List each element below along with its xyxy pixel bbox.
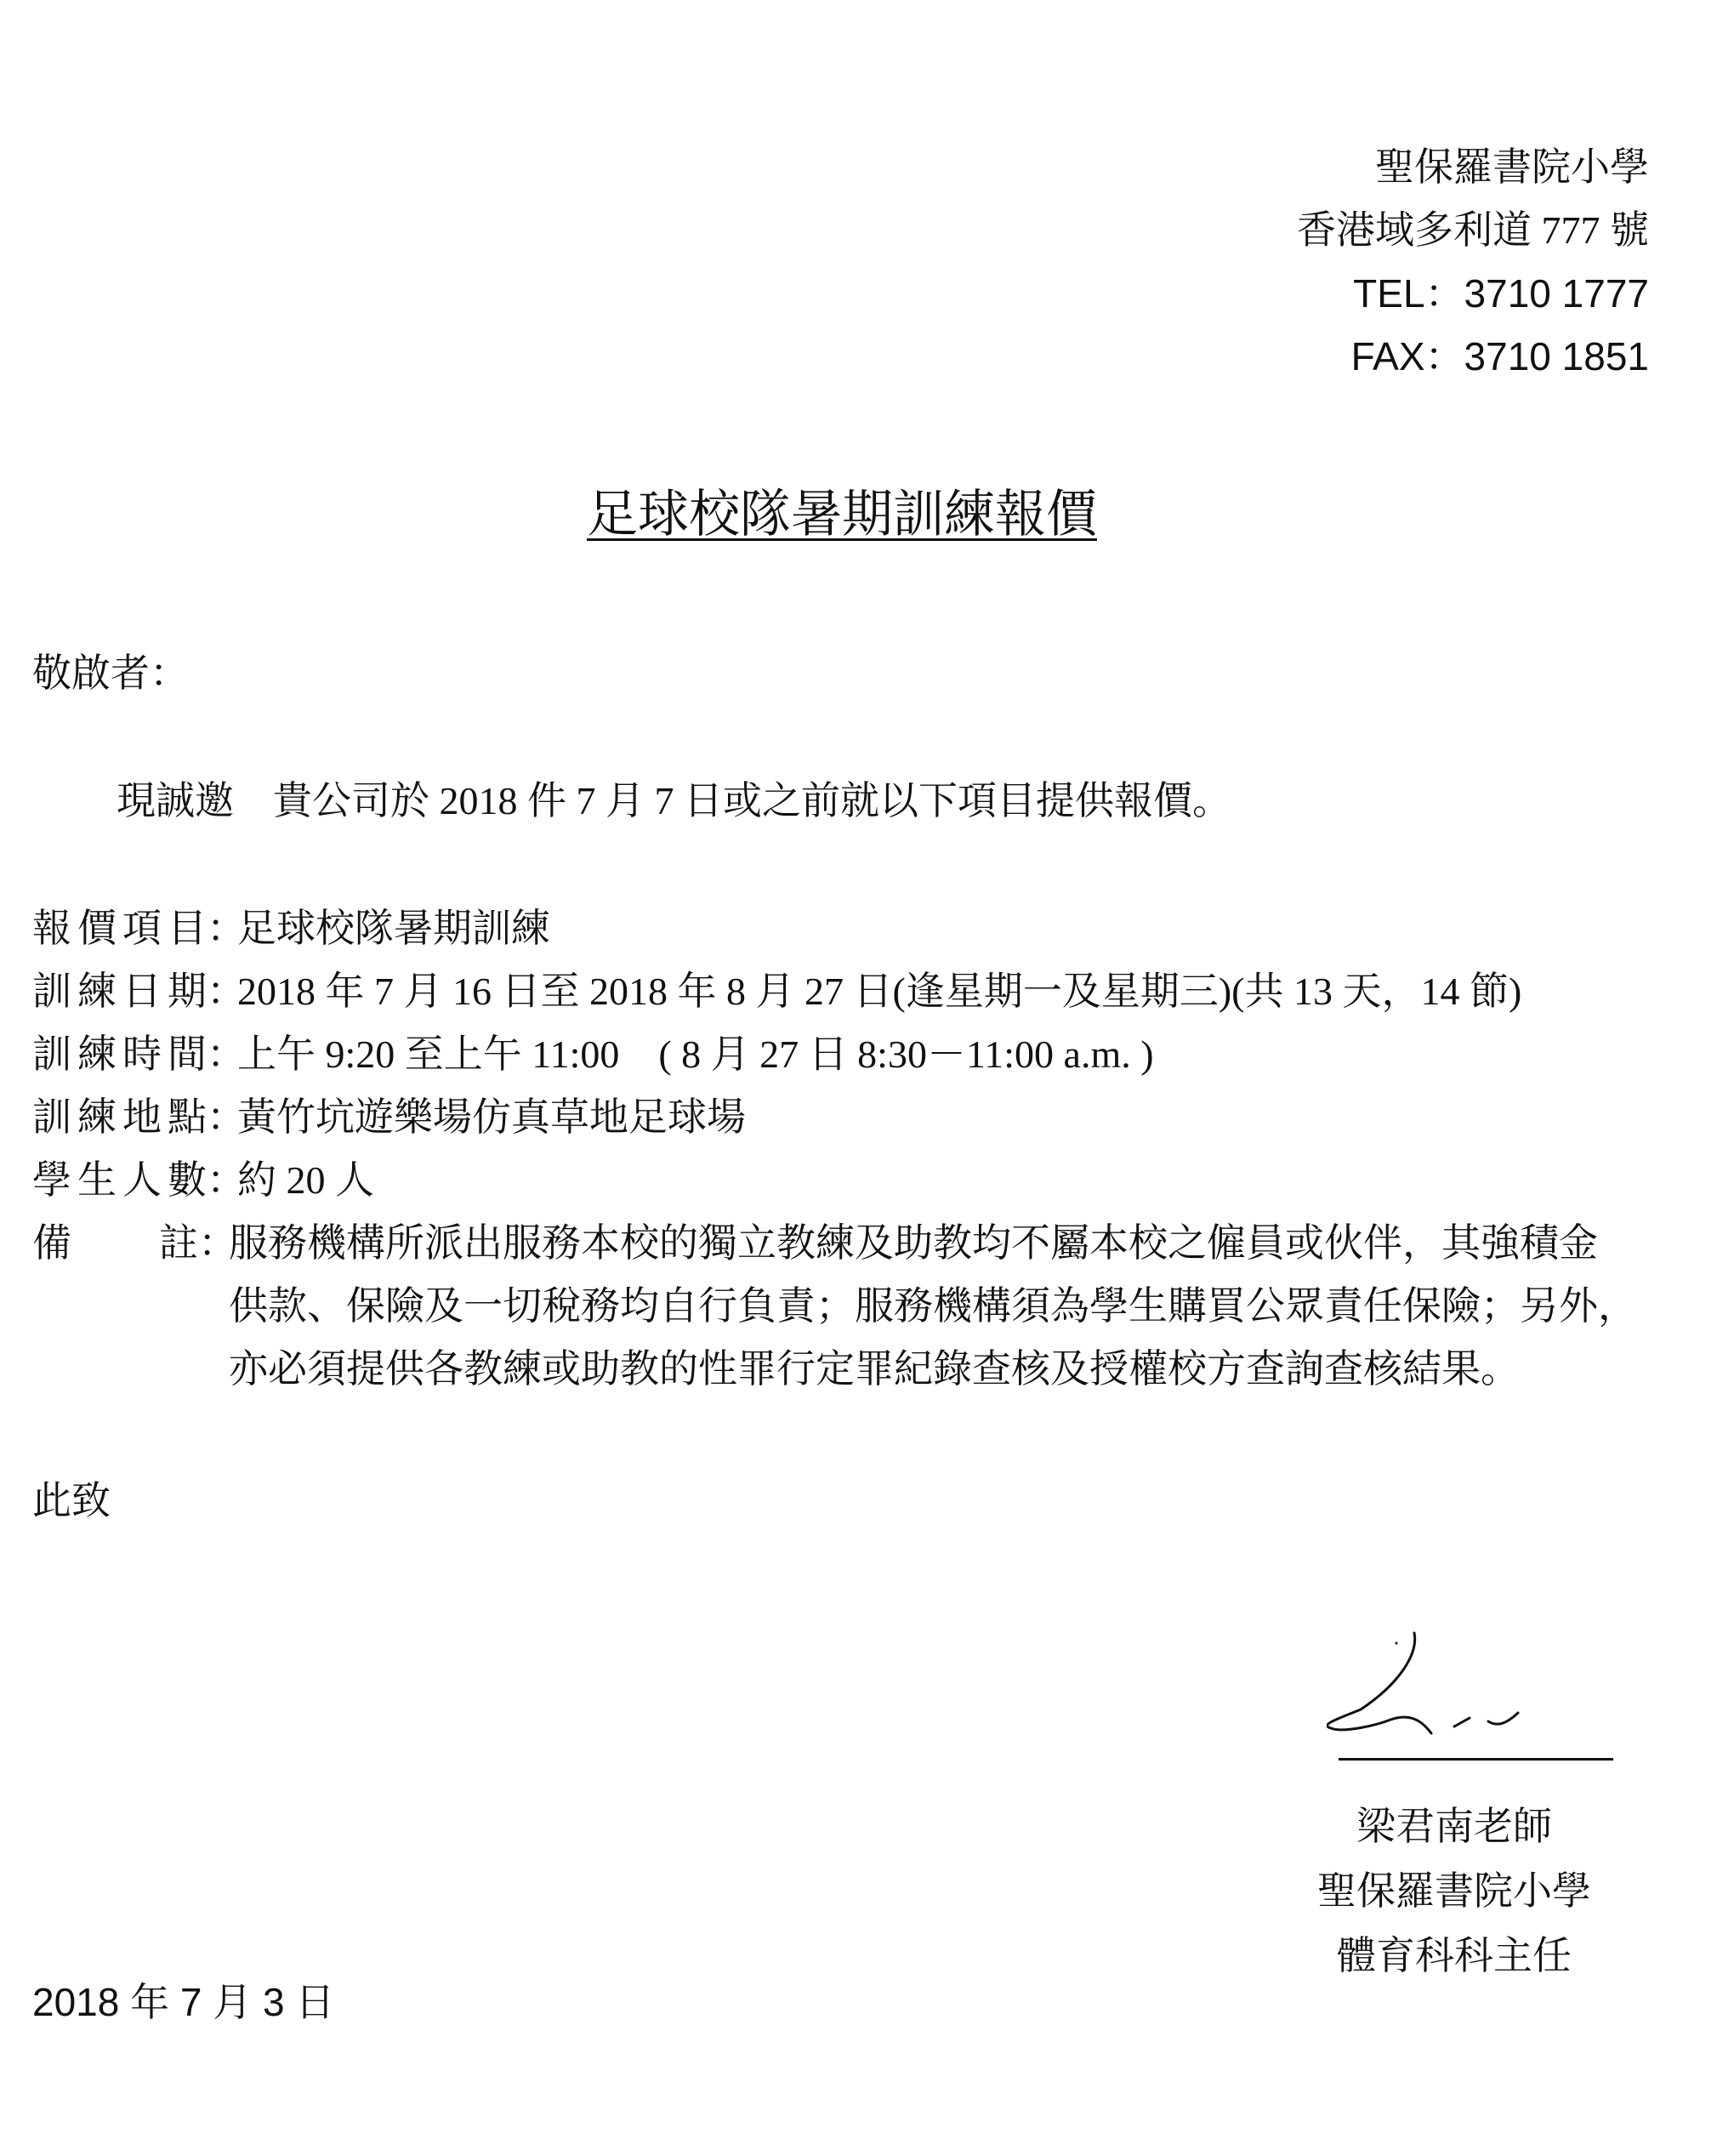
fax-number: 3710 1851 <box>1464 334 1649 378</box>
remarks-text: 服務機構所派出服務本校的獨立教練及助教均不屬本校之僱員或伙伴，其強積金 供款、保… <box>229 1212 1725 1401</box>
detail-value: 上午 9:20 至上午 11:00 ( 8 月 27 日 8:30－11:00 … <box>237 1023 1154 1086</box>
quotation-details: 報價項目 ： 足球校隊暑期訓練 訓練日期 ： 2018 年 7 月 16 日至 … <box>32 897 1725 1401</box>
detail-label: 學生人數 <box>32 1149 207 1212</box>
detail-value: 2018 年 7 月 16 日至 2018 年 8 月 27 日(逢星期一及星期… <box>237 960 1521 1023</box>
signatory-school: 聖保羅書院小學 <box>1276 1859 1633 1924</box>
fax-separator: ： <box>1425 334 1464 378</box>
handwritten-signature <box>1327 1616 1599 1744</box>
detail-label: 報價項目 <box>32 897 207 960</box>
detail-row-date: 訓練日期 ： 2018 年 7 月 16 日至 2018 年 8 月 27 日(… <box>32 960 1725 1023</box>
detail-row-remarks: 備註 ： 服務機構所派出服務本校的獨立教練及助教均不屬本校之僱員或伙伴，其強積金… <box>32 1212 1725 1401</box>
detail-row-item: 報價項目 ： 足球校隊暑期訓練 <box>32 897 1725 960</box>
closing: 此致 <box>32 1470 111 1526</box>
remarks-label: 備註 <box>32 1212 198 1401</box>
school-name: 聖保羅書院小學 <box>1297 136 1649 199</box>
salutation: 敬啟者： <box>32 642 189 698</box>
remarks-line: 亦必須提供各教練或助教的性罪行定罪紀錄查核及授權校方查詢查核結果。 <box>229 1338 1725 1401</box>
remarks-line: 服務機構所派出服務本校的獨立教練及助教均不屬本校之僱員或伙伴，其強積金 <box>229 1212 1725 1275</box>
detail-value: 約 20 人 <box>237 1149 374 1212</box>
detail-value: 足球校隊暑期訓練 <box>237 897 550 960</box>
signatory-block: 梁君南老師 聖保羅書院小學 體育科科主任 <box>1276 1795 1633 1988</box>
detail-colon: ： <box>207 1086 237 1149</box>
signature-line <box>1339 1758 1613 1761</box>
detail-colon: ： <box>207 960 237 1023</box>
fax: FAX：3710 1851 <box>1297 325 1649 388</box>
detail-row-venue: 訓練地點 ： 黃竹坑遊樂場仿真草地足球場 <box>32 1086 1725 1149</box>
detail-label: 訓練地點 <box>32 1086 207 1149</box>
remarks-line: 供款、保險及一切稅務均自行負責；服務機構須為學生購買公眾責任保險；另外， <box>229 1275 1725 1338</box>
detail-colon: ： <box>207 897 237 960</box>
detail-colon: ： <box>207 1023 237 1086</box>
signatory-position: 體育科科主任 <box>1276 1924 1633 1988</box>
detail-label: 訓練時間 <box>32 1023 207 1086</box>
letter-page: 聖保羅書院小學 香港域多利道 777 號 TEL：3710 1777 FAX：3… <box>0 0 1734 2156</box>
invitation-paragraph: 現誠邀 貴公司於 2018 件 7 月 7 日或之前就以下項目提供報價。 <box>117 770 1231 826</box>
detail-colon: ： <box>207 1149 237 1212</box>
tel-number: 3710 1777 <box>1464 271 1649 316</box>
fax-label: FAX <box>1351 334 1425 378</box>
school-address: 香港域多利道 777 號 <box>1297 199 1649 262</box>
signatory-name: 梁君南老師 <box>1276 1795 1633 1859</box>
document-title: 足球校隊暑期訓練報價 <box>0 481 1684 549</box>
telephone: TEL：3710 1777 <box>1297 262 1649 325</box>
detail-colon: ： <box>198 1212 229 1401</box>
tel-separator: ： <box>1425 271 1464 316</box>
letter-date: 2018 年 7 月 3 日 <box>32 1971 334 2028</box>
letterhead: 聖保羅書院小學 香港域多利道 777 號 TEL：3710 1777 FAX：3… <box>1297 136 1649 388</box>
detail-row-students: 學生人數 ： 約 20 人 <box>32 1149 1725 1212</box>
detail-label: 訓練日期 <box>32 960 207 1023</box>
tel-label: TEL <box>1353 271 1424 316</box>
detail-value: 黃竹坑遊樂場仿真草地足球場 <box>237 1086 746 1149</box>
detail-row-time: 訓練時間 ： 上午 9:20 至上午 11:00 ( 8 月 27 日 8:30… <box>32 1023 1725 1086</box>
